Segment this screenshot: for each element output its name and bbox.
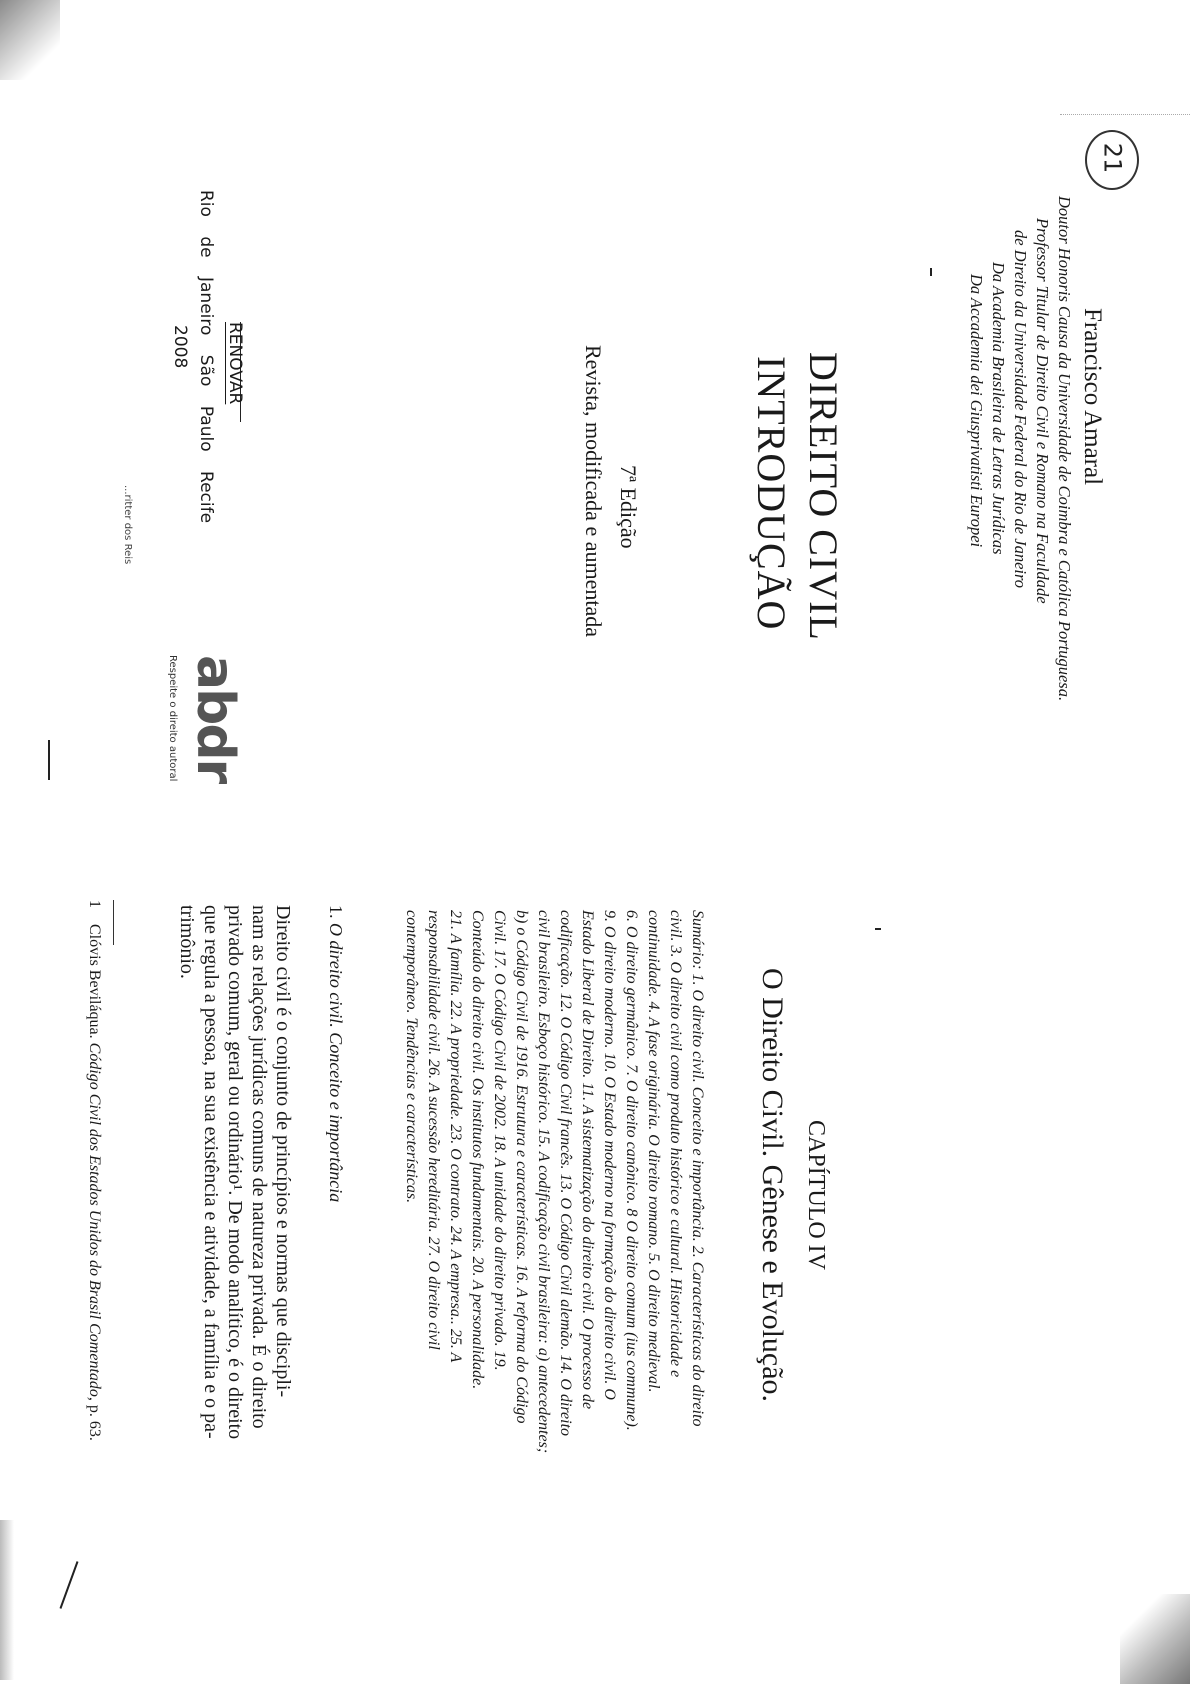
chapter-title: O Direito Civil. Gênese e Evolução.	[755, 968, 789, 1402]
author-credential: Da Academia Brasileira de Letras Jurídic…	[987, 262, 1009, 555]
author-credential: Professor Titular de Direito Civil e Rom…	[1031, 218, 1053, 604]
footnote: 1 Clóvis Beviláqua. Código Civil dos Est…	[85, 900, 103, 1441]
edition: 7ª Edição	[615, 465, 641, 549]
summary-line: Sumário: 1. O direito civil. Conceito e …	[686, 910, 708, 1453]
summary-line: 6. O direito germânico. 7. O direito can…	[620, 910, 642, 1453]
edition-note: Revista, modificada e aumentada	[580, 345, 606, 637]
scan-noise-line	[1060, 114, 1190, 117]
summary-line: Conteúdo do direito civil. Os institutos…	[466, 910, 488, 1453]
summary-line: continuidade. 4. A fase originária. O di…	[642, 910, 664, 1453]
summary-line: civil. 3. O direito civil como produto h…	[664, 910, 686, 1453]
summary-line: codificação. 12. O Código Civil francês.…	[554, 910, 576, 1453]
body-line: que regula a pessoa, na sua existência e…	[199, 905, 223, 1439]
summary-line: b) o Código Civil de 1916. Estrutura e c…	[510, 910, 532, 1453]
summary-line: responsabilidade civil. 26. A sucessão h…	[422, 910, 444, 1453]
body-line: Direito civil é o conjunto de princípios…	[271, 905, 295, 1439]
body-line: nam as relações jurídicas comuns de natu…	[247, 905, 271, 1439]
scan-shadow-left	[0, 1520, 14, 1680]
chapter-label: CAPÍTULO IV	[802, 1120, 829, 1270]
footnote-rule	[113, 900, 114, 945]
scan-shadow-top	[0, 0, 60, 80]
book-title: DIREITO CIVIL	[800, 352, 847, 641]
summary-line: 9. O direito moderno. 10. O Estado moder…	[598, 910, 620, 1453]
author-credential: Da Accademia dei Giusprivatisti Europei	[965, 274, 987, 547]
author-name: Francisco Amaral	[1078, 308, 1106, 485]
summary-line: Estado Liberal de Direito. 11. A sistema…	[576, 910, 598, 1453]
chapter-summary: Sumário: 1. O direito civil. Conceito e …	[400, 910, 708, 1453]
book-subtitle: INTRODUÇÃO	[748, 356, 795, 630]
section-number: 1.	[326, 905, 346, 919]
library-stamp: ...ritter dos Reis	[122, 485, 133, 564]
publisher-cities: Rio de Janeiro São Paulo Recife	[196, 190, 216, 523]
body-line: privado comum, geral ou ordinário¹. De m…	[223, 905, 247, 1439]
pen-mark	[48, 740, 50, 780]
footnote-page: p. 63.	[86, 1405, 103, 1441]
abdr-tagline: Respeite o direito autoral	[167, 655, 178, 781]
footnote-work: Código Civil dos Estados Unidos do Brasi…	[86, 1043, 103, 1401]
page-number: 21	[1098, 143, 1126, 174]
body-line: trimônio.	[175, 905, 199, 1439]
summary-line: contemporâneo. Tendências e característi…	[400, 910, 422, 1453]
publication-year: 2008	[170, 325, 190, 368]
pen-mark	[60, 1561, 79, 1609]
page-number-stamp: 21	[1085, 130, 1139, 190]
footnote-author: Clóvis Beviláqua.	[86, 924, 103, 1039]
scan-shadow-bottom	[1120, 1594, 1190, 1684]
summary-line: 21. A família. 22. A propriedade. 23. O …	[444, 910, 466, 1453]
body-paragraph: Direito civil é o conjunto de princípios…	[175, 905, 295, 1439]
footnote-number: 1	[86, 900, 103, 908]
pen-mark	[930, 268, 932, 276]
section-title: O direito civil. Conceito e importância	[326, 923, 346, 1202]
pen-mark	[875, 928, 881, 930]
abdr-logo: abdr	[185, 655, 245, 782]
section-heading: 1. O direito civil. Conceito e importânc…	[325, 905, 346, 1202]
author-credential: Doutor Honoris Causa da Universidade de …	[1053, 196, 1075, 701]
publisher-name: RENOVAR	[225, 322, 245, 404]
author-credential: de Direito da Universidade Federal do Ri…	[1009, 230, 1031, 588]
summary-line: Civil. 17. O Código Civil de 2002. 18. A…	[488, 910, 510, 1453]
summary-line: civil brasileiro. Esboço histórico. 15. …	[532, 910, 554, 1453]
